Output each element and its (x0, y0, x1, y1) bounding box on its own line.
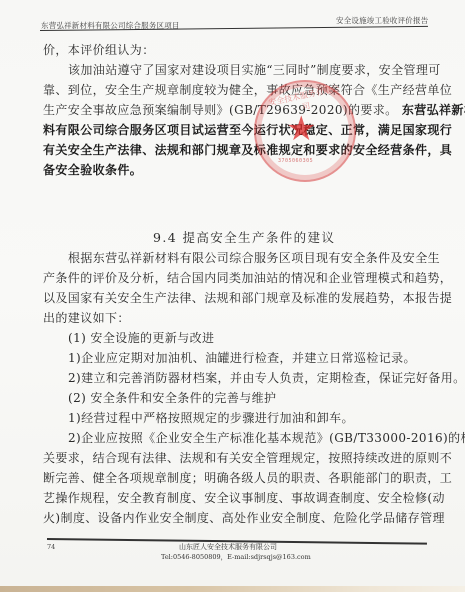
header-report-title: 安全设施竣工验收评价报告 (336, 15, 428, 26)
final-para-line: 2)企业应按照《企业安全生产标准化基本规范》(GB/T33000-2016)的相 (68, 430, 465, 446)
list-item: 2)建立和完善消防器材档案，并由专人负责，定期检查，保证完好备用。 (68, 370, 465, 386)
final-para-line: 火)制度、设备内作业安全制度、高处作业安全制度、危险化学品储存管理 (43, 510, 445, 526)
star-icon: ★ (286, 112, 316, 146)
section-title: 9.4 提高安全生产条件的建议 (153, 228, 335, 246)
footer-contact: Tel:0546-8050809，E-mail:sdjrsqjs@163.com (161, 552, 311, 561)
conclusion-lead: 价，本评价组认为： (43, 42, 155, 58)
document-page: 东营弘祥新材料有限公司综合服务区项目 安全设施竣工验收评价报告 价，本评价组认为… (0, 0, 465, 588)
final-para-line: 关要求，结合现有法律、法规和有关安全管理规定，按照持续改进的原则不 (43, 450, 452, 466)
company-seal-stamp: 安全技术服务有限公司 ★ 3705060305 (254, 80, 356, 182)
footer-company: 山东匠人安全技术服务有限公司 (179, 542, 277, 552)
conclusion-bold-line: 备安全验收条件。 (43, 162, 142, 178)
desk-surface (0, 586, 465, 592)
intro-line: 出的建议如下： (43, 310, 130, 326)
conclusion-line: 靠、到位，安全生产规章制度较为健全，事故应急预案符合《生产经营单位 (43, 82, 452, 98)
list-heading: (1) 安全设施的更新与改进 (68, 330, 214, 346)
list-item: 1)企业应定期对加油机、油罐进行检查，并建立日常巡检记录。 (68, 350, 416, 366)
stamp-code: 3705060305 (278, 158, 313, 164)
intro-line: 以及国家有关安全生产法律、法规和部门规章及标准的发展趋势，本报告提 (43, 290, 452, 306)
conclusion-line: 该加油站遵守了国家对建设项目实施“三同时”制度要求，安全管理可 (68, 62, 441, 78)
conclusion-line: 生产安全事故应急预案编制导则》(GB/T29639-2020)的要求。 东营弘祥… (43, 102, 465, 118)
intro-line: 产条件的评价及分析，结合国内同类加油站的情况和企业管理模式和趋势， (43, 270, 452, 286)
page-number: 74 (47, 543, 55, 551)
final-para-line: 断完善、健全各项规章制度；明确各级人员的职责、各职能部门的职责，工 (43, 470, 452, 486)
conclusion-bold-line: 料有限公司综合服务区项目试运营至今运行状况稳定、正常，满足国家现行 (43, 122, 452, 138)
conclusion-bold-line: 有关安全生产法律、法规和部门规章及标准规定和要求的安全经营条件，具 (43, 142, 452, 158)
intro-line: 根据东营弘祥新材料有限公司综合服务区项目现有安全条件及安全生 (68, 250, 440, 266)
final-para-line: 艺操作规程，安全教育制度、安全议事制度、事故调查制度、安全检修(动 (43, 490, 445, 506)
conclusion-bold-text: 东营弘祥新材 (402, 103, 465, 117)
list-item: 1)经营过程中严格按照规定的步骤进行加油和卸车。 (68, 410, 354, 426)
list-heading: (2) 安全条件和安全条件的完善与维护 (68, 390, 276, 406)
